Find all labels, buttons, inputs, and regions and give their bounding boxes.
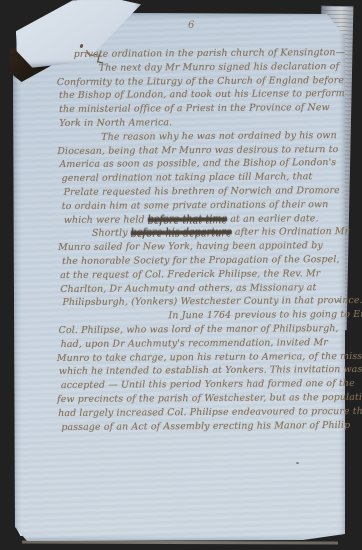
manuscript-scan: { "scan": { "colors": { "background": "#… [0,0,362,550]
handwritten-text: the Bishop of London, and took out his L… [59,88,345,101]
handwritten-text: Philipsburgh, (Yonkers) Westchester Coun… [62,295,362,308]
handwritten-text: The next day Mr Munro signed his declara… [99,61,339,74]
manuscript-line: passage of an Act of Assembly erecting h… [57,418,349,434]
manuscript-line: the ministerial office of a Priest in th… [55,101,347,117]
handwritten-text: Charlton, Dr Auchmuty and others, as Mis… [60,282,316,295]
paper-speck [296,462,299,464]
handwritten-text: The reason why he was not ordained by hi… [101,130,337,143]
handwritten-text: at an earlier date. [227,213,319,225]
handwritten-text: Prelate requested his brethren of Norwic… [64,185,340,198]
handwritten-text: after his Ordination Mr [232,226,350,238]
handwritten-text: private ordination in the parish church … [74,47,345,60]
handwritten-text: at the request of Col. Frederick Philips… [60,268,320,281]
handwritten-text: had, upon Dr Auchmuty's recommendation, … [61,337,328,350]
handwritten-text: Shortly [92,228,131,239]
handwritten-text: York in North America. [59,117,172,129]
manuscript-text: private ordination in the parish church … [55,46,350,434]
handwritten-text: passage of an Act of Assembly erecting h… [61,419,350,432]
handwritten-text: Diocesan, being that Mr Munro was desiro… [57,144,338,157]
manuscript-line: had largely increased Col. Philipse ende… [57,405,349,421]
manuscript-line: The reason why he was not ordained by hi… [55,129,347,145]
manuscript-line: The next day Mr Munro signed his declara… [55,60,347,76]
page-number: 6 [188,20,194,31]
manuscript-line: to ordain him at some private ordination… [56,198,348,214]
handwritten-text: the ministerial office of a Priest in th… [59,102,330,115]
handwritten-text: Munro to take charge, upon his return to… [57,350,362,363]
handwritten-text: the honorable Society for the Propagatio… [62,254,340,267]
handwritten-text: America as soon as possible, and the Bis… [59,157,336,170]
handwritten-text: which were held [64,214,148,226]
handwritten-text: general ordination not taking place till… [62,171,313,184]
handwritten-text: Conformity to the Liturgy of the Church … [57,75,344,88]
manuscript-line: had, upon Dr Auchmuty's recommendation, … [57,336,349,352]
handwritten-text: which he intended to establish at Yonker… [59,364,362,377]
handwritten-text: few precincts of the parish of Westchest… [57,392,362,405]
manuscript-line: at the request of Col. Frederick Philips… [56,267,348,283]
handwritten-text: had largely increased Col. Philipse ende… [58,406,362,419]
page-bottom-edge [22,540,338,544]
handwritten-text: accepted — Until this period Yonkers had… [61,378,355,391]
handwritten-text: Col. Philipse, who was lord of the manor… [59,323,339,336]
handwritten-text: to ordain him at some private ordination… [62,199,329,212]
handwritten-text: In June 1764 previous to his going to En… [168,309,362,322]
struck-out-text: before his departure [131,227,232,239]
handwritten-text: Munro sailed for New York, having been a… [58,240,323,253]
struck-out-text: before that time [148,213,227,225]
